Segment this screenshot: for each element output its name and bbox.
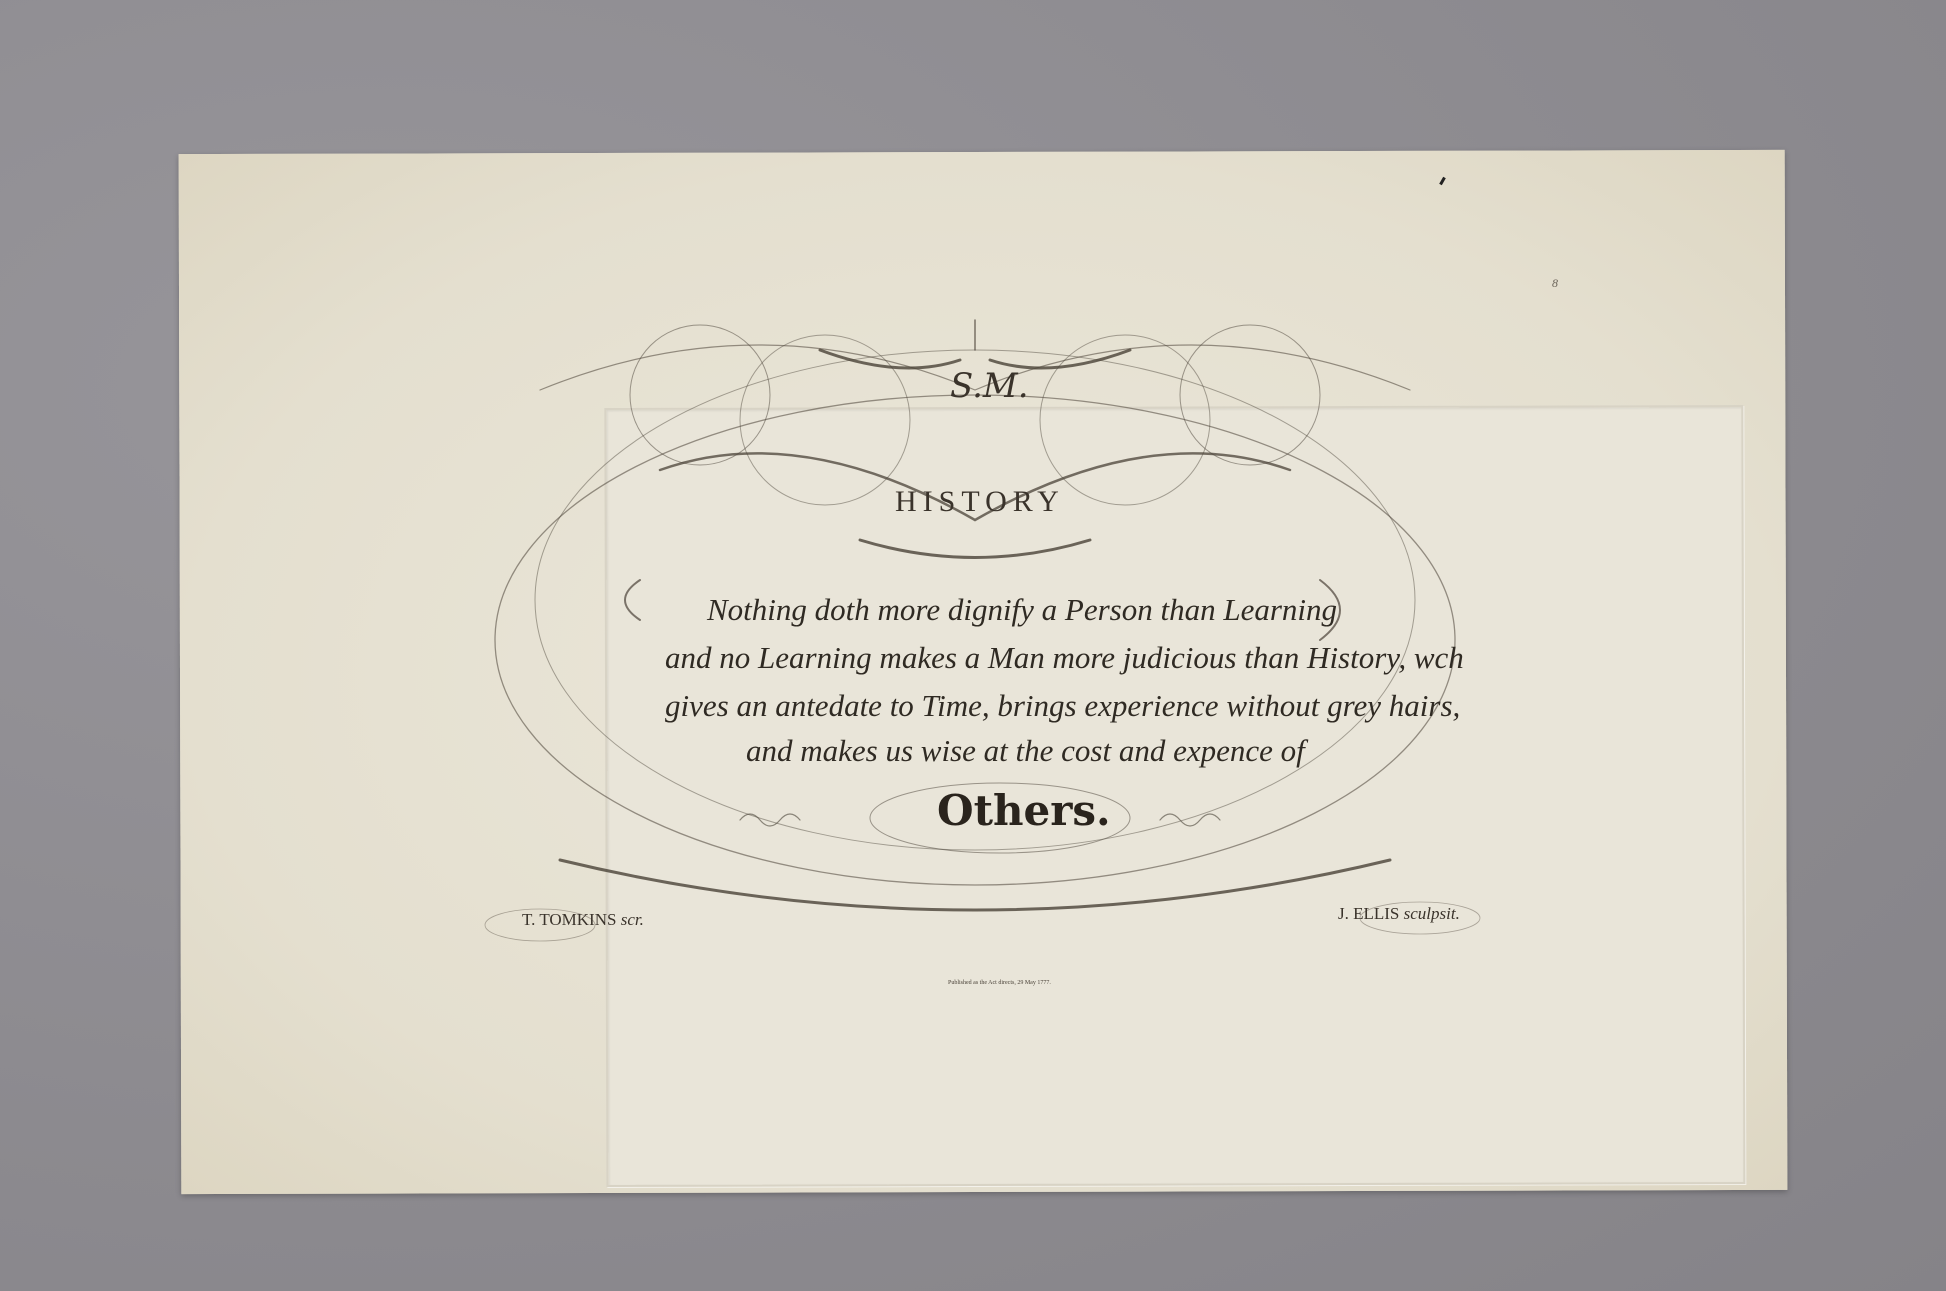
signature-left-suffix: scr. <box>621 910 644 929</box>
plate-title: HISTORY <box>895 485 1065 519</box>
body-line-1: Nothing doth more dignify a Person than … <box>707 592 1337 628</box>
signature-left-name: T. TOMKINS <box>522 910 616 929</box>
body-line-4: and makes us wise at the cost and expenc… <box>746 733 1305 769</box>
body-line-2: and no Learning makes a Man more judicio… <box>665 640 1464 676</box>
signature-right: J. ELLIS sculpsit. <box>1338 904 1460 924</box>
imprint-line: Published as the Act directs, 29 May 177… <box>948 980 1051 986</box>
closing-word: Others. <box>937 786 1111 835</box>
signature-right-name: J. ELLIS <box>1338 904 1399 923</box>
signature-left: T. TOMKINS scr. <box>522 910 644 930</box>
plate-number: 8 <box>1552 276 1558 291</box>
signature-right-suffix: sculpsit. <box>1404 904 1460 923</box>
plate-impression <box>604 405 1745 1187</box>
body-line-3: gives an antedate to Time, brings experi… <box>665 688 1460 724</box>
monogram: S.M. <box>950 366 1029 406</box>
